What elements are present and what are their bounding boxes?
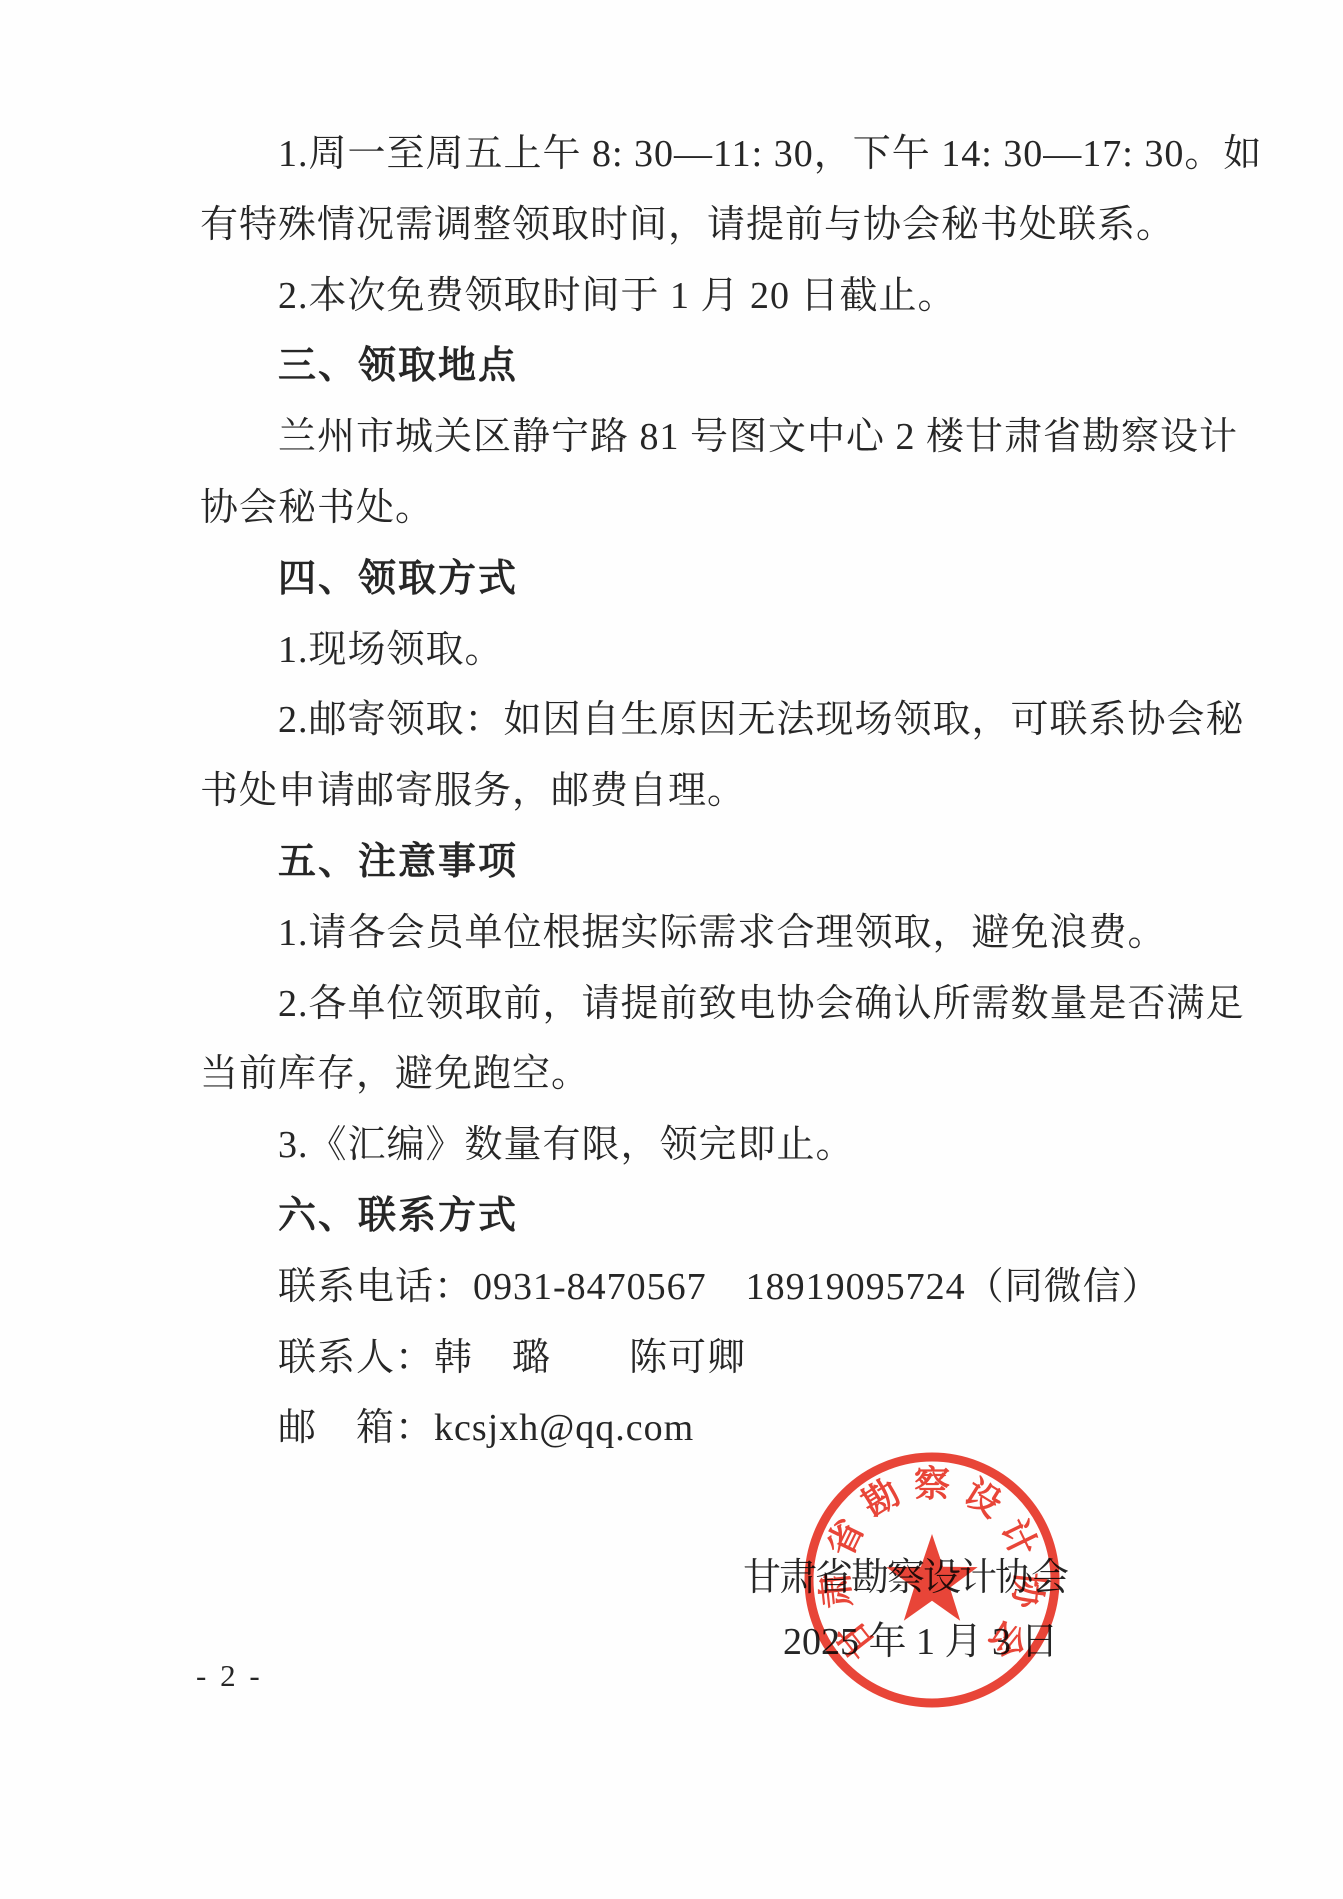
document-page: 1.周一至周五上午 8: 30—11: 30，下午 14: 30—17: 30。…	[0, 0, 1343, 1899]
doc-line: 协会秘书处。	[200, 473, 1193, 544]
doc-section-heading: 六、联系方式	[200, 1181, 1193, 1252]
official-seal: 甘肃省勘察设计协会	[798, 1446, 1066, 1714]
doc-line: 1.现场领取。	[200, 615, 1193, 686]
contact-phone-line: 联系电话：0931-8470567 18919095724（同微信）	[200, 1252, 1193, 1323]
doc-line: 1.请各会员单位根据实际需求合理领取，避免浪费。	[200, 898, 1193, 969]
doc-line: 1.周一至周五上午 8: 30—11: 30，下午 14: 30—17: 30。…	[200, 119, 1193, 190]
doc-section-heading: 三、领取地点	[200, 331, 1193, 402]
doc-line: 3.《汇编》数量有限，领完即止。	[200, 1110, 1193, 1181]
doc-line: 2.各单位领取前，请提前致电协会确认所需数量是否满足	[200, 969, 1193, 1040]
doc-section-heading: 五、注意事项	[200, 827, 1193, 898]
page-number: - 2 -	[196, 1658, 263, 1694]
document-body: 1.周一至周五上午 8: 30—11: 30，下午 14: 30—17: 30。…	[200, 119, 1193, 1464]
doc-line: 书处申请邮寄服务，邮费自理。	[200, 756, 1193, 827]
doc-line: 兰州市城关区静宁路 81 号图文中心 2 楼甘肃省勘察设计	[200, 402, 1193, 473]
doc-line: 有特殊情况需调整领取时间，请提前与协会秘书处联系。	[200, 190, 1193, 261]
doc-line: 2.邮寄领取：如因自生原因无法现场领取，可联系协会秘	[200, 685, 1193, 756]
doc-line: 当前库存，避免跑空。	[200, 1039, 1193, 1110]
seal-star-icon	[886, 1534, 977, 1621]
svg-text:肃: 肃	[815, 1570, 859, 1610]
svg-text:察: 察	[914, 1464, 950, 1504]
contact-person-line: 联系人：韩 璐 陈可卿	[200, 1323, 1193, 1394]
doc-section-heading: 四、领取方式	[200, 544, 1193, 615]
doc-line: 2.本次免费领取时间于 1 月 20 日截止。	[200, 261, 1193, 332]
svg-text:协: 协	[1005, 1570, 1049, 1612]
